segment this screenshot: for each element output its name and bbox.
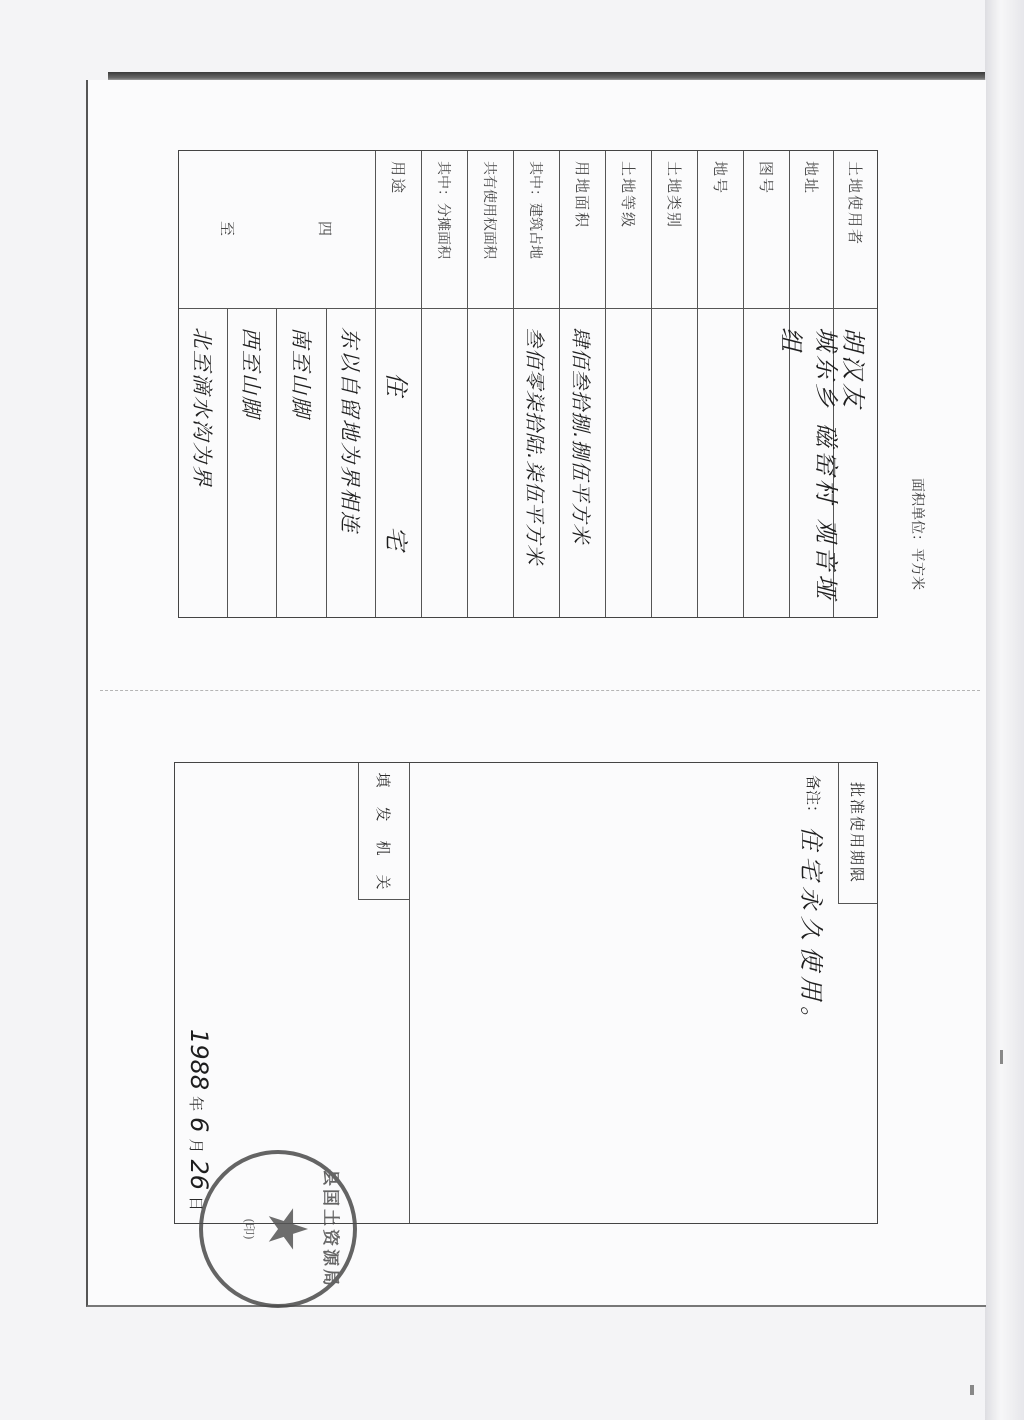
label-boundaries: 四 至 (179, 151, 375, 309)
label-map-number: 图号 (744, 151, 789, 309)
date-day: 26 (185, 1159, 213, 1190)
issuer-char-4: 关 (374, 874, 395, 889)
star-icon: ★ (261, 1205, 315, 1253)
approval-term-label: 批准使用期限 (838, 763, 877, 904)
row-boundaries: 四 至 东以自留地为界相连 南至山脚 西至山脚 北至滴水沟为界 (179, 151, 375, 617)
area-unit-label: 面积单位：平方米 (908, 478, 928, 590)
boundary-lines: 东以自留地为界相连 南至山脚 西至山脚 北至滴水沟为界 (179, 309, 375, 617)
value-shared-area (468, 309, 513, 617)
row-address: 地址 城东乡 磁窑村 观音垭组 (789, 151, 833, 617)
issuer-char-3: 机 (374, 840, 395, 855)
seal-ring-text: 县国土资源局 (320, 1169, 345, 1289)
land-info-table: 土地使用者 胡汉友 地址 城东乡 磁窑村 观音垭组 图号 地号 土地类别 土地等… (178, 150, 878, 618)
boundary-north: 北至滴水沟为界 (179, 309, 227, 617)
row-land-category: 土地类别 (651, 151, 697, 617)
usage-part-1: 住 (381, 372, 416, 400)
official-seal: 县国土资源局 ★ (印) (199, 1150, 357, 1308)
page-edge-right (985, 0, 1024, 1420)
label-shared-area: 共有使用权面积 (468, 151, 513, 309)
row-usage: 用途 住 宅 (375, 151, 421, 617)
date-month: 6 (185, 1117, 213, 1132)
label-building-area: 其中：建筑占地 (514, 151, 559, 309)
value-address: 城东乡 磁窑村 观音垭组 (790, 309, 833, 617)
value-lot-number (698, 309, 743, 617)
scan-speck (1000, 1050, 1003, 1064)
value-land-grade (606, 309, 651, 617)
row-land-area: 用地面积 肆佰叁拾捌.捌伍平方米 (559, 151, 605, 617)
row-apportioned-area: 其中：分摊面积 (421, 151, 467, 617)
value-usage: 住 宅 (376, 309, 421, 617)
issue-date: 1988 年 6 月 26 日 (185, 1029, 213, 1211)
value-land-category (652, 309, 697, 617)
date-day-suffix: 日 (186, 1196, 207, 1211)
boundary-south: 南至山脚 (277, 309, 326, 617)
date-year: 1988 (185, 1029, 213, 1090)
approval-section: 批准使用期限 备注： 住宅永久使用。 填 发 机 关 县国土资源局 ★ (印) … (174, 762, 878, 1224)
seal-center-mark: (印) (242, 1218, 259, 1239)
label-address: 地址 (790, 151, 833, 309)
value-map-number (744, 309, 789, 617)
remark-label: 备注： (803, 775, 824, 820)
issuer-label: 填 发 机 关 (358, 763, 409, 900)
scan-speck (970, 1385, 974, 1395)
label-lot-number: 地号 (698, 151, 743, 309)
label-apportioned-area: 其中：分摊面积 (422, 151, 467, 309)
value-building-area: 叁佰零柒拾陆.柒伍平方米 (514, 309, 559, 617)
date-month-suffix: 月 (186, 1138, 207, 1153)
row-land-grade: 土地等级 (605, 151, 651, 617)
date-year-suffix: 年 (186, 1096, 207, 1111)
row-building-area: 其中：建筑占地 叁佰零柒拾陆.柒伍平方米 (513, 151, 559, 617)
page-fold (100, 690, 980, 693)
boundary-label-char-2: 至 (218, 221, 239, 238)
label-land-user: 土地使用者 (834, 151, 877, 309)
usage-part-2: 宅 (381, 526, 416, 554)
row-map-number: 图号 (743, 151, 789, 617)
label-usage: 用途 (376, 151, 421, 309)
label-land-grade: 土地等级 (606, 151, 651, 309)
issuer-char-2: 发 (374, 806, 395, 821)
remark: 备注： 住宅永久使用。 (796, 775, 831, 1036)
issuer-char-1: 填 (374, 772, 395, 787)
row-shared-area: 共有使用权面积 (467, 151, 513, 617)
label-land-area: 用地面积 (560, 151, 605, 309)
value-land-area: 肆佰叁拾捌.捌伍平方米 (560, 309, 605, 617)
boundary-west: 西至山脚 (227, 309, 276, 617)
label-land-category: 土地类别 (652, 151, 697, 309)
row-lot-number: 地号 (697, 151, 743, 617)
boundary-label-char-1: 四 (316, 221, 337, 238)
remark-value: 住宅永久使用。 (796, 826, 831, 1036)
value-apportioned-area (422, 309, 467, 617)
boundary-east: 东以自留地为界相连 (326, 309, 375, 617)
